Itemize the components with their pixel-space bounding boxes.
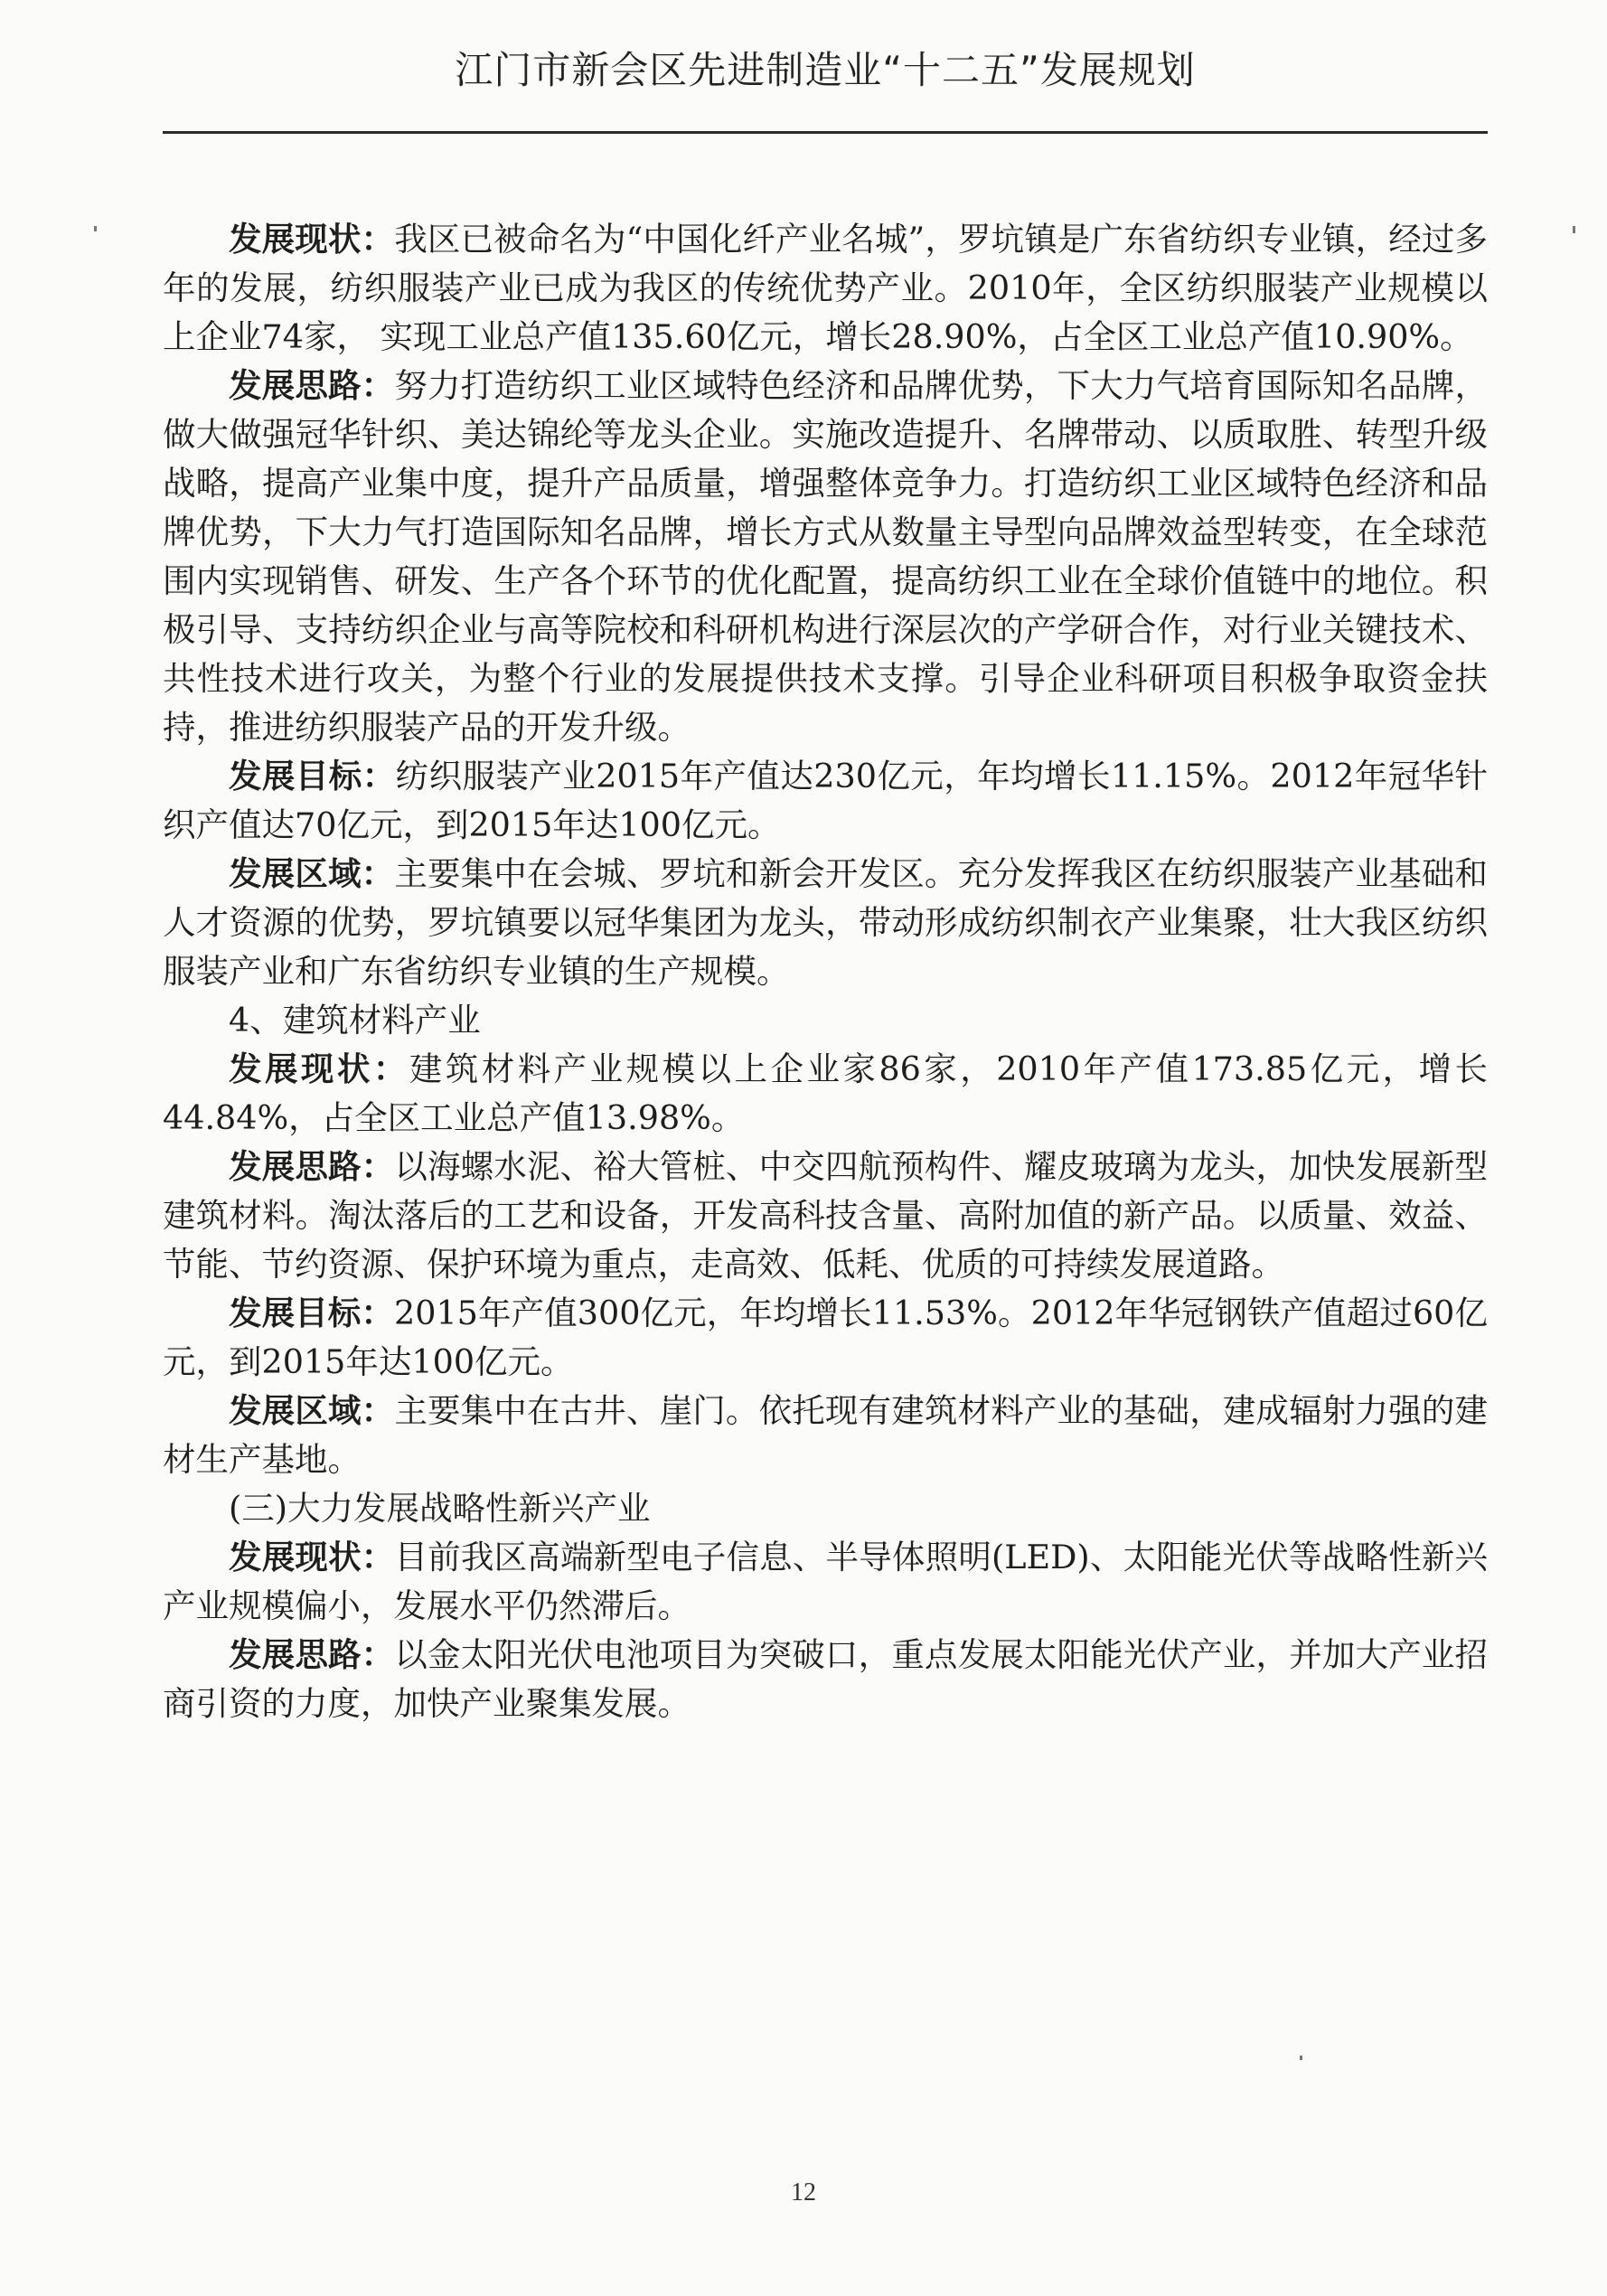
paragraph-text: 努力打造纺织工业区域特色经济和品牌优势，下大力气培育国际知名品牌，做大做强冠华针… bbox=[163, 366, 1488, 747]
paragraph-label: 发展区域： bbox=[229, 854, 394, 893]
paragraph-label: 发展现状： bbox=[229, 220, 394, 259]
page-number: 12 bbox=[0, 2178, 1607, 2207]
document-body: 发展现状：我区已被命名为“中国化纤产业名城”，罗坑镇是广东省纺织专业镇，经过多年… bbox=[163, 215, 1488, 1728]
paragraph-building-region: 发展区域：主要集中在古井、崖门。依托现有建筑材料产业的基础，建成辐射力强的建材生… bbox=[163, 1387, 1488, 1484]
paragraph-label: 发展区域： bbox=[229, 1391, 394, 1430]
scan-speck bbox=[1300, 2056, 1302, 2060]
page-header-title: 江门市新会区先进制造业“十二五”发展规划 bbox=[163, 43, 1488, 98]
paragraph-textile-status: 发展现状：我区已被命名为“中国化纤产业名城”，罗坑镇是广东省纺织专业镇，经过多年… bbox=[163, 215, 1488, 362]
paragraph-emerging-approach: 发展思路：以金太阳光伏电池项目为突破口，重点发展太阳能光伏产业，并加大产业招商引… bbox=[163, 1631, 1488, 1728]
section-heading-building-materials: 4、建筑材料产业 bbox=[163, 996, 1488, 1045]
paragraph-label: 发展思路： bbox=[229, 1635, 394, 1674]
paragraph-textile-approach: 发展思路：努力打造纺织工业区域特色经济和品牌优势，下大力气培育国际知名品牌，做大… bbox=[163, 362, 1488, 752]
paragraph-label: 发展目标： bbox=[229, 757, 396, 795]
paragraph-label: 发展思路： bbox=[229, 1147, 394, 1186]
paragraph-label: 发展现状： bbox=[229, 1538, 394, 1576]
scan-speck bbox=[1573, 226, 1575, 233]
paragraph-building-approach: 发展思路：以海螺水泥、裕大管桩、中交四航预构件、耀皮玻璃为龙头，加快发展新型建筑… bbox=[163, 1143, 1488, 1289]
paragraph-building-goal: 发展目标：2015年产值300亿元，年均增长11.53%。2012年华冠钢铁产值… bbox=[163, 1289, 1488, 1387]
paragraph-building-status: 发展现状：建筑材料产业规模以上企业家86家，2010年产值173.85亿元，增长… bbox=[163, 1045, 1488, 1143]
paragraph-label: 发展现状： bbox=[229, 1049, 409, 1088]
paragraph-label: 发展思路： bbox=[229, 366, 394, 405]
scan-speck bbox=[94, 226, 97, 231]
section-heading-emerging-industries: (三)大力发展战略性新兴产业 bbox=[163, 1484, 1488, 1533]
paragraph-textile-region: 发展区域：主要集中在会城、罗坑和新会开发区。充分发挥我区在纺织服装产业基础和人才… bbox=[163, 850, 1488, 996]
paragraph-textile-goal: 发展目标：纺织服装产业2015年产值达230亿元，年均增长11.15%。2012… bbox=[163, 752, 1488, 850]
paragraph-emerging-status: 发展现状：目前我区高端新型电子信息、半导体照明(LED)、太阳能光伏等战略性新兴… bbox=[163, 1533, 1488, 1631]
header-divider bbox=[163, 131, 1488, 134]
paragraph-label: 发展目标： bbox=[229, 1294, 394, 1332]
